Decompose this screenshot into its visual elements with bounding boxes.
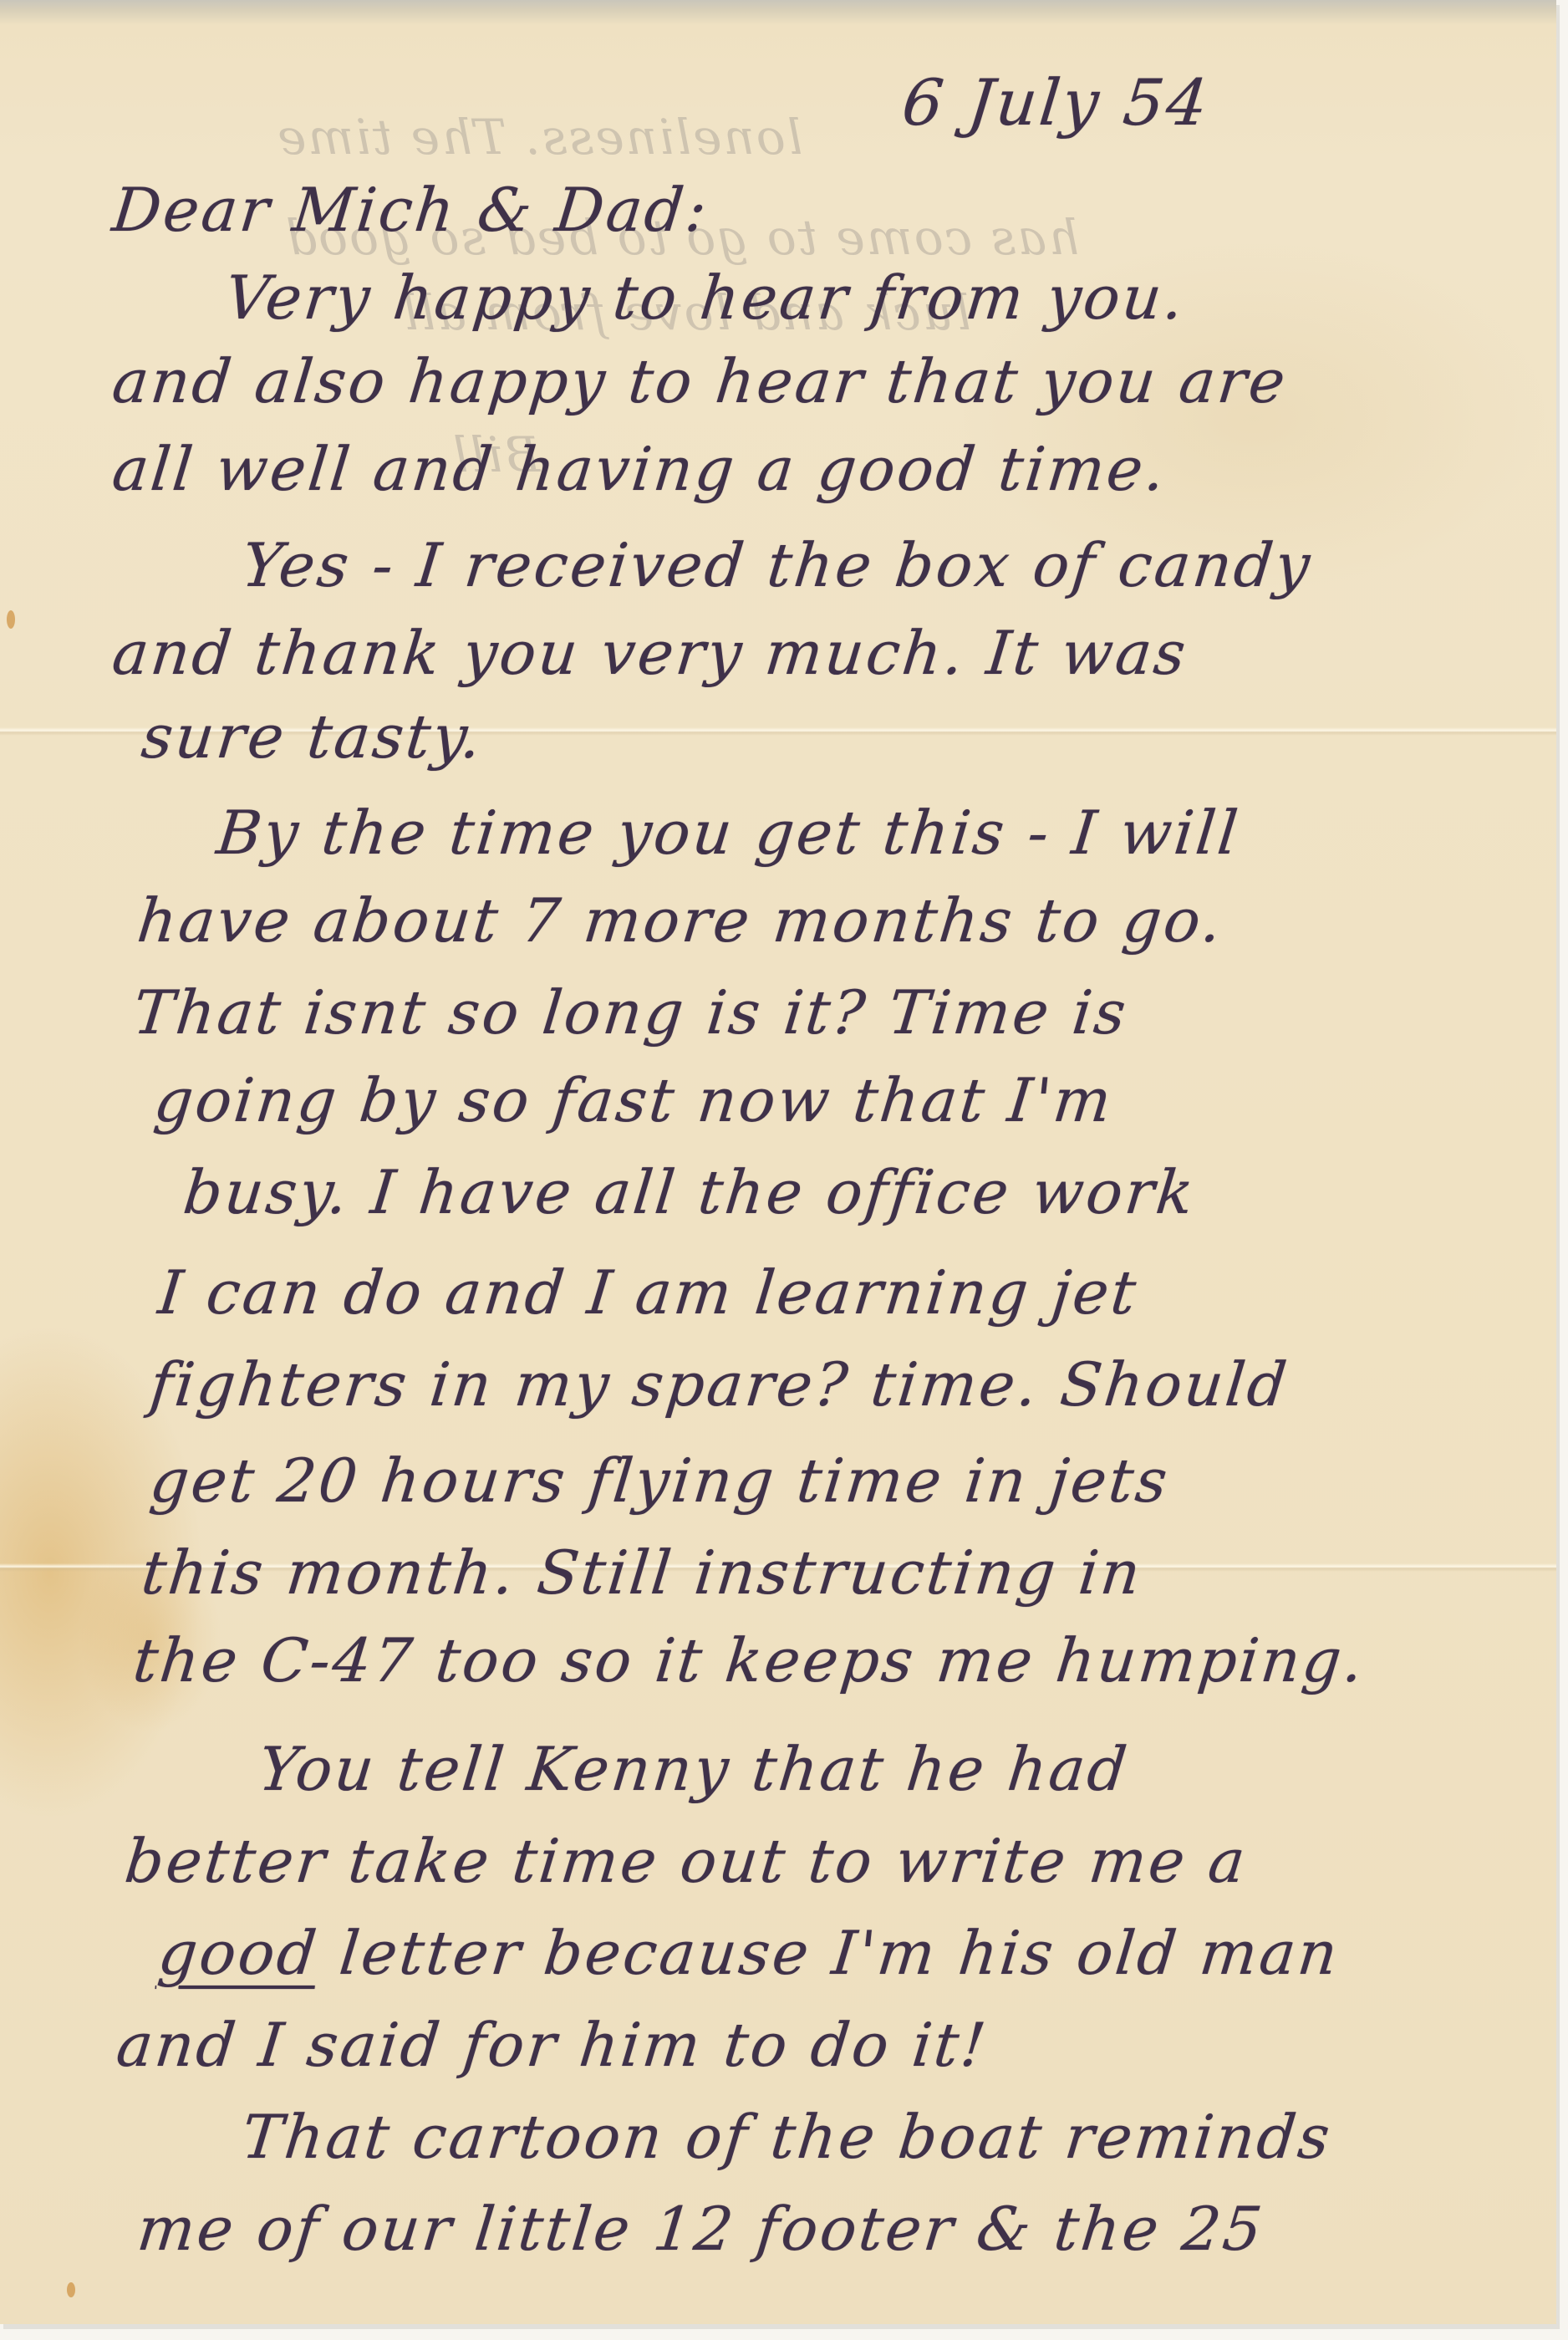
letter-line: have about 7 more months to go. xyxy=(135,890,1226,951)
letter-line: That cartoon of the boat reminds xyxy=(239,2107,1335,2167)
letter-line: busy. I have all the office work xyxy=(181,1162,1199,1222)
letter-line: and I said for him to do it! xyxy=(114,2015,990,2075)
letter-line: all well and having a good time. xyxy=(109,439,1170,499)
letter-line: the C-47 too so it keeps me humping. xyxy=(130,1630,1368,1690)
letter-line: I can do and I am learning jet xyxy=(155,1262,1141,1323)
letter-line: fighters in my spare? time. Should xyxy=(147,1354,1291,1415)
letter-line: Very happy to hear from you. xyxy=(222,268,1189,328)
letter-line: this month. Still instructing in xyxy=(139,1542,1145,1603)
bleed-through-line: loneliness. The time xyxy=(276,109,802,166)
letter-salutation: Dear Mich & Dad: xyxy=(109,180,711,240)
letter-line-rest: letter because I'm his old man xyxy=(314,1918,1342,1988)
letter-line: get 20 hours flying time in jets xyxy=(147,1450,1173,1511)
letter-page: loneliness. The time has come to go to b… xyxy=(0,0,1556,2324)
letter-line: Yes - I received the box of candy xyxy=(239,535,1315,595)
letter-line: By the time you get this - I will xyxy=(214,803,1243,863)
ink-stain-spot xyxy=(7,610,15,629)
ink-stain-spot xyxy=(67,2282,75,2297)
underlined-word: good xyxy=(155,1918,323,1988)
letter-line: That isnt so long is it? Time is xyxy=(130,982,1131,1043)
letter-line: me of our little 12 footer & the 25 xyxy=(135,2199,1267,2259)
letter-line: better take time out to write me a xyxy=(122,1831,1250,1891)
letter-line: sure tasty. xyxy=(139,706,486,767)
letter-line: going by so fast now that I'm xyxy=(151,1070,1116,1130)
letter-line: and thank you very much. It was xyxy=(109,623,1190,683)
letter-line: and also happy to hear that you are xyxy=(109,351,1291,411)
letter-date: 6 July 54 xyxy=(899,71,1213,135)
letter-line: good letter because I'm his old man xyxy=(155,1923,1342,1983)
letter-line: You tell Kenny that he had xyxy=(256,1739,1132,1799)
